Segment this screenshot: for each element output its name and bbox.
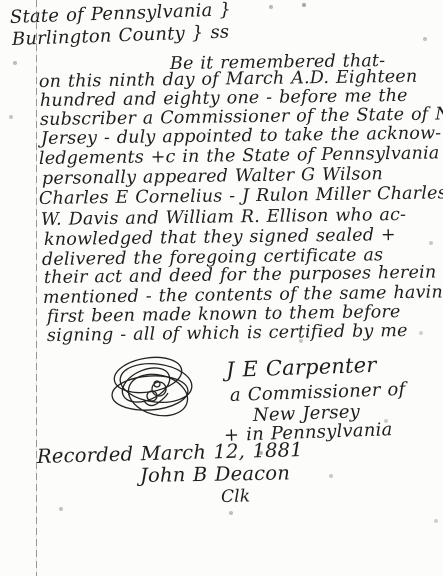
commissioner-title-line: a Commissioner of — [230, 381, 406, 405]
venue-county-line: Burlington County } ss — [12, 23, 230, 49]
clerk-signature: John B Deacon — [140, 463, 290, 485]
commissioner-signature: J E Carpenter — [226, 355, 377, 381]
seal-scribble-icon — [106, 351, 198, 423]
document-scan-page: State of Pennsylvania } Burlington Count… — [0, 0, 443, 576]
scan-noise-specks — [0, 0, 2, 2]
manuscript-line: signing - all of which is certified by m… — [47, 323, 408, 346]
margin-rule-line — [36, 0, 37, 576]
clerk-title: Clk — [221, 488, 251, 506]
